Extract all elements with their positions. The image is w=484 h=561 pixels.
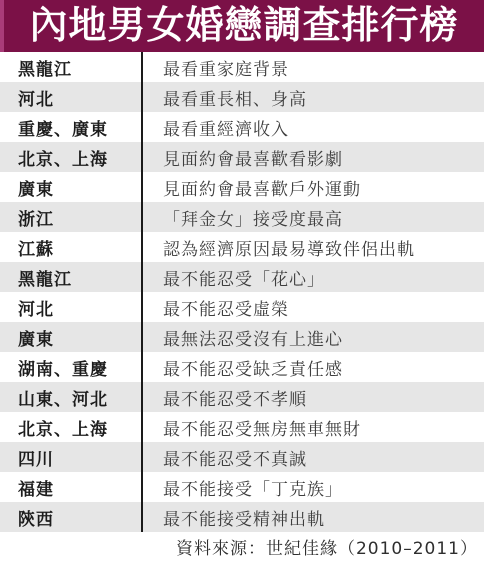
- table-row: 廣東 最無法忍受沒有上進心: [0, 322, 484, 352]
- table-row: 江蘇 認為經濟原因最易導致伴侶出軌: [0, 232, 484, 262]
- table-row: 黑龍江 最看重家庭背景: [0, 52, 484, 82]
- finding-cell: 最不能接受精神出軌: [143, 502, 484, 532]
- region-cell: 廣東: [0, 172, 143, 202]
- region-cell: 福建: [0, 472, 143, 502]
- table-row: 河北 最看重長相、身高: [0, 82, 484, 112]
- finding-cell: 最看重長相、身高: [143, 82, 484, 112]
- region-cell: 江蘇: [0, 232, 143, 262]
- table-row: 福建 最不能接受「丁克族」: [0, 472, 484, 502]
- region-cell: 黑龍江: [0, 262, 143, 292]
- source-note: 資料來源：世紀佳緣（2010–2011）: [176, 534, 478, 559]
- finding-cell: 最不能忍受不真誠: [143, 442, 484, 472]
- finding-cell: 最無法忍受沒有上進心: [143, 322, 484, 352]
- footer: 資料來源：世紀佳緣（2010–2011）: [0, 532, 484, 561]
- region-cell: 山東、河北: [0, 382, 143, 412]
- table-row: 湖南、重慶 最不能忍受缺乏責任感: [0, 352, 484, 382]
- region-cell: 廣東: [0, 322, 143, 352]
- finding-cell: 最不能忍受不孝順: [143, 382, 484, 412]
- finding-cell: 最不能忍受缺乏責任感: [143, 352, 484, 382]
- finding-cell: 最看重家庭背景: [143, 52, 484, 82]
- finding-cell: 「拜金女」接受度最高: [143, 202, 484, 232]
- table-row: 北京、上海 見面約會最喜歡看影劇: [0, 142, 484, 172]
- region-cell: 黑龍江: [0, 52, 143, 82]
- region-cell: 浙江: [0, 202, 143, 232]
- finding-cell: 最不能忍受「花心」: [143, 262, 484, 292]
- region-cell: 重慶、廣東: [0, 112, 143, 142]
- page-title: 內地男女婚戀調查排行榜: [29, 6, 458, 46]
- finding-cell: 見面約會最喜歡看影劇: [143, 142, 484, 172]
- table-row: 陝西 最不能接受精神出軌: [0, 502, 484, 532]
- infographic-sheet: 內地男女婚戀調查排行榜 黑龍江 最看重家庭背景 河北 最看重長相、身高 重慶、廣…: [0, 0, 484, 561]
- region-cell: 北京、上海: [0, 142, 143, 172]
- table-row: 重慶、廣東 最看重經濟收入: [0, 112, 484, 142]
- table-row: 北京、上海 最不能忍受無房無車無財: [0, 412, 484, 442]
- table-row: 河北 最不能忍受虛榮: [0, 292, 484, 322]
- title-bar: 內地男女婚戀調查排行榜: [0, 0, 484, 52]
- table-row: 廣東 見面約會最喜歡戶外運動: [0, 172, 484, 202]
- table-row: 四川 最不能忍受不真誠: [0, 442, 484, 472]
- region-cell: 河北: [0, 292, 143, 322]
- finding-cell: 最不能接受「丁克族」: [143, 472, 484, 502]
- survey-ranking-table: 黑龍江 最看重家庭背景 河北 最看重長相、身高 重慶、廣東 最看重經濟收入 北京…: [0, 52, 484, 532]
- region-cell: 河北: [0, 82, 143, 112]
- table-row: 山東、河北 最不能忍受不孝順: [0, 382, 484, 412]
- finding-cell: 見面約會最喜歡戶外運動: [143, 172, 484, 202]
- region-cell: 四川: [0, 442, 143, 472]
- finding-cell: 最看重經濟收入: [143, 112, 484, 142]
- region-cell: 陝西: [0, 502, 143, 532]
- table-row: 黑龍江 最不能忍受「花心」: [0, 262, 484, 292]
- finding-cell: 最不能忍受無房無車無財: [143, 412, 484, 442]
- finding-cell: 認為經濟原因最易導致伴侶出軌: [143, 232, 484, 262]
- table-row: 浙江 「拜金女」接受度最高: [0, 202, 484, 232]
- region-cell: 湖南、重慶: [0, 352, 143, 382]
- finding-cell: 最不能忍受虛榮: [143, 292, 484, 322]
- region-cell: 北京、上海: [0, 412, 143, 442]
